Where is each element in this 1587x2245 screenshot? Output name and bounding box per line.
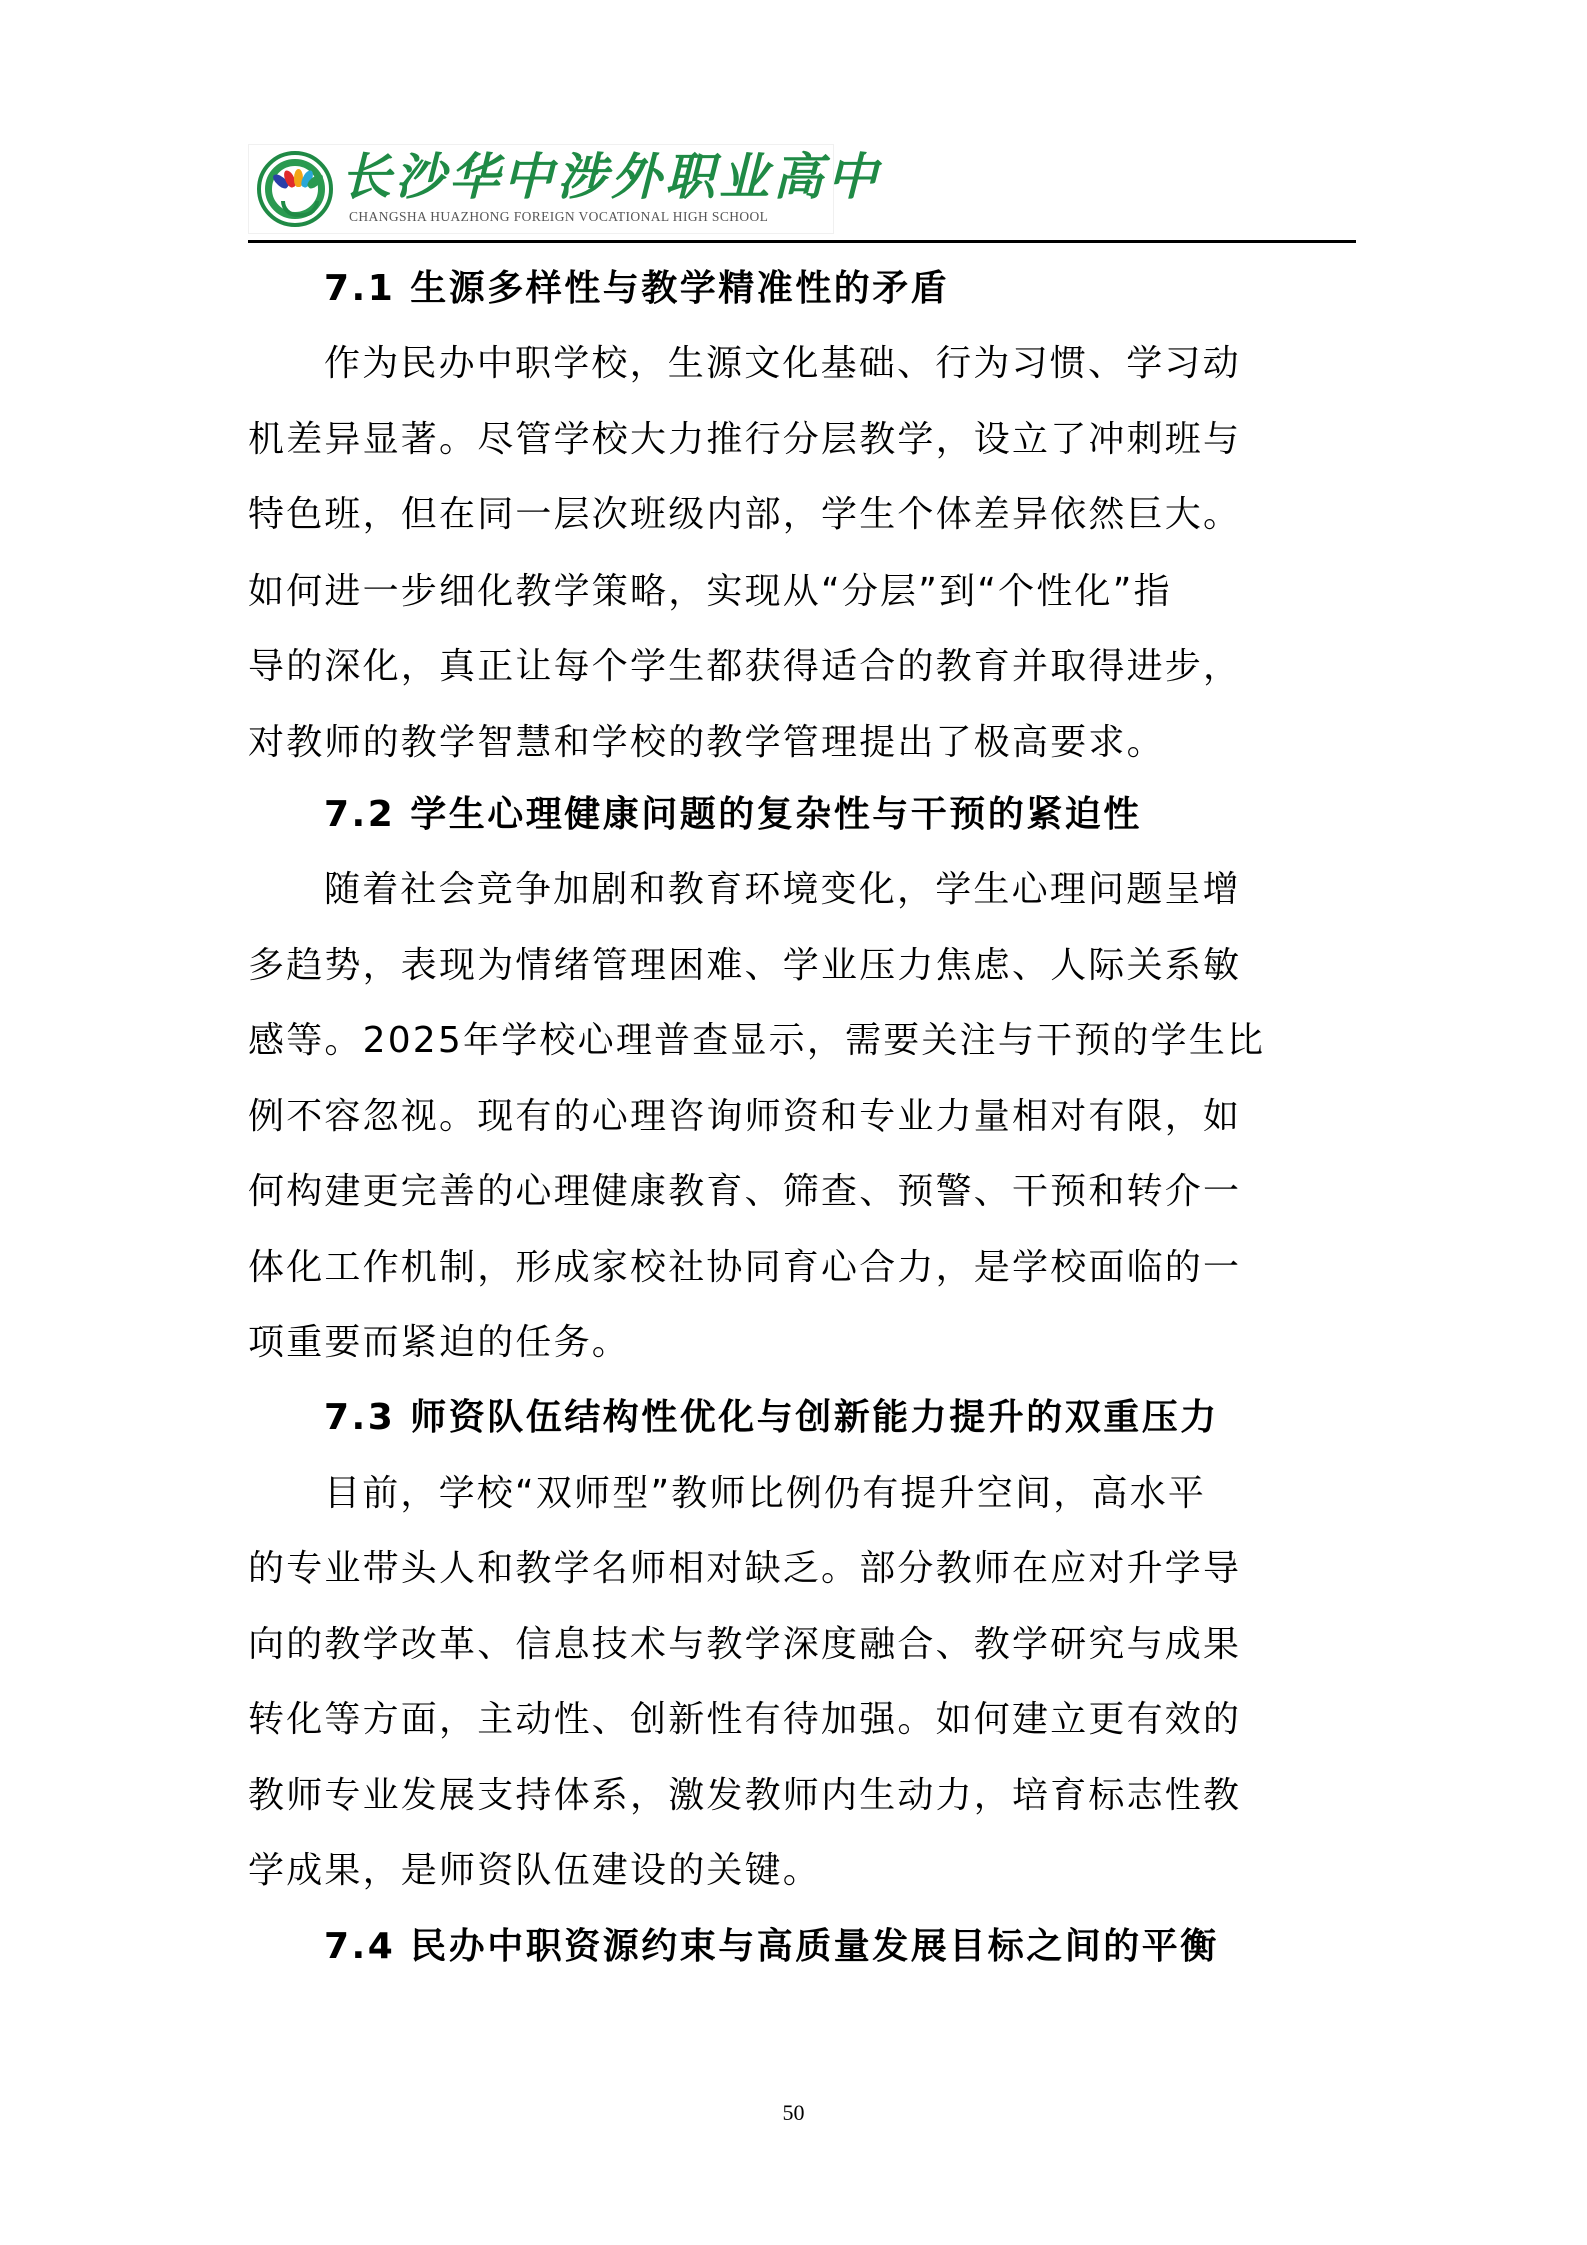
section-heading-7-3: 7.3 师资队伍结构性优化与创新能力提升的双重压力 [324, 1396, 1219, 1440]
paragraph-line: 随着社会竞争加剧和教育环境变化，学生心理问题呈增 [324, 868, 1444, 912]
paragraph-line: 的专业带头人和教学名师相对缺乏。部分教师在应对升学导 [248, 1547, 1368, 1591]
school-name-chinese: 长沙华中涉外职业高中 [341, 147, 881, 207]
paragraph-line: 作为民办中职学校，生源文化基础、行为习惯、学习动 [324, 342, 1444, 386]
header-divider [248, 240, 1356, 243]
paragraph-line: 特色班，但在同一层次班级内部，学生个体差异依然巨大。 [248, 493, 1368, 537]
paragraph-line: 学成果，是师资队伍建设的关键。 [248, 1849, 1368, 1893]
school-emblem-icon [257, 151, 333, 227]
section-heading-7-2: 7.2 学生心理健康问题的复杂性与干预的紧迫性 [324, 793, 1142, 837]
page-number: 50 [0, 2100, 1587, 2126]
school-name-english: CHANGSHA HUAZHONG FOREIGN VOCATIONAL HIG… [349, 209, 768, 225]
paragraph-line: 导的深化，真正让每个学生都获得适合的教育并取得进步， [248, 645, 1368, 689]
paragraph-line: 如何进一步细化教学策略，实现从“分层”到“个性化”指 [248, 570, 1368, 614]
paragraph-line: 目前，学校“双师型”教师比例仍有提升空间，高水平 [324, 1472, 1444, 1516]
section-heading-7-1: 7.1 生源多样性与教学精准性的矛盾 [324, 267, 949, 311]
paragraph-line: 体化工作机制，形成家校社协同育心合力，是学校面临的一 [248, 1246, 1368, 1290]
paragraph-line: 向的教学改革、信息技术与教学深度融合、教学研究与成果 [248, 1623, 1368, 1667]
paragraph-line: 转化等方面，主动性、创新性有待加强。如何建立更有效的 [248, 1698, 1368, 1742]
school-logo-banner: 长沙华中涉外职业高中 CHANGSHA HUAZHONG FOREIGN VOC… [248, 144, 834, 234]
section-heading-7-4: 7.4 民办中职资源约束与高质量发展目标之间的平衡 [324, 1925, 1219, 1969]
paragraph-line: 教师专业发展支持体系，激发教师内生动力，培育标志性教 [248, 1774, 1368, 1818]
paragraph-line: 何构建更完善的心理健康教育、筛查、预警、干预和转介一 [248, 1170, 1368, 1214]
paragraph-line: 对教师的教学智慧和学校的教学管理提出了极高要求。 [248, 721, 1368, 765]
paragraph-line: 机差异显著。尽管学校大力推行分层教学，设立了冲刺班与 [248, 418, 1368, 462]
paragraph-line: 项重要而紧迫的任务。 [248, 1321, 1368, 1365]
paragraph-line: 感等。2025年学校心理普查显示，需要关注与干预的学生比 [248, 1019, 1368, 1063]
paragraph-line: 多趋势，表现为情绪管理困难、学业压力焦虑、人际关系敏 [248, 944, 1368, 988]
paragraph-line: 例不容忽视。现有的心理咨询师资和专业力量相对有限，如 [248, 1095, 1368, 1139]
